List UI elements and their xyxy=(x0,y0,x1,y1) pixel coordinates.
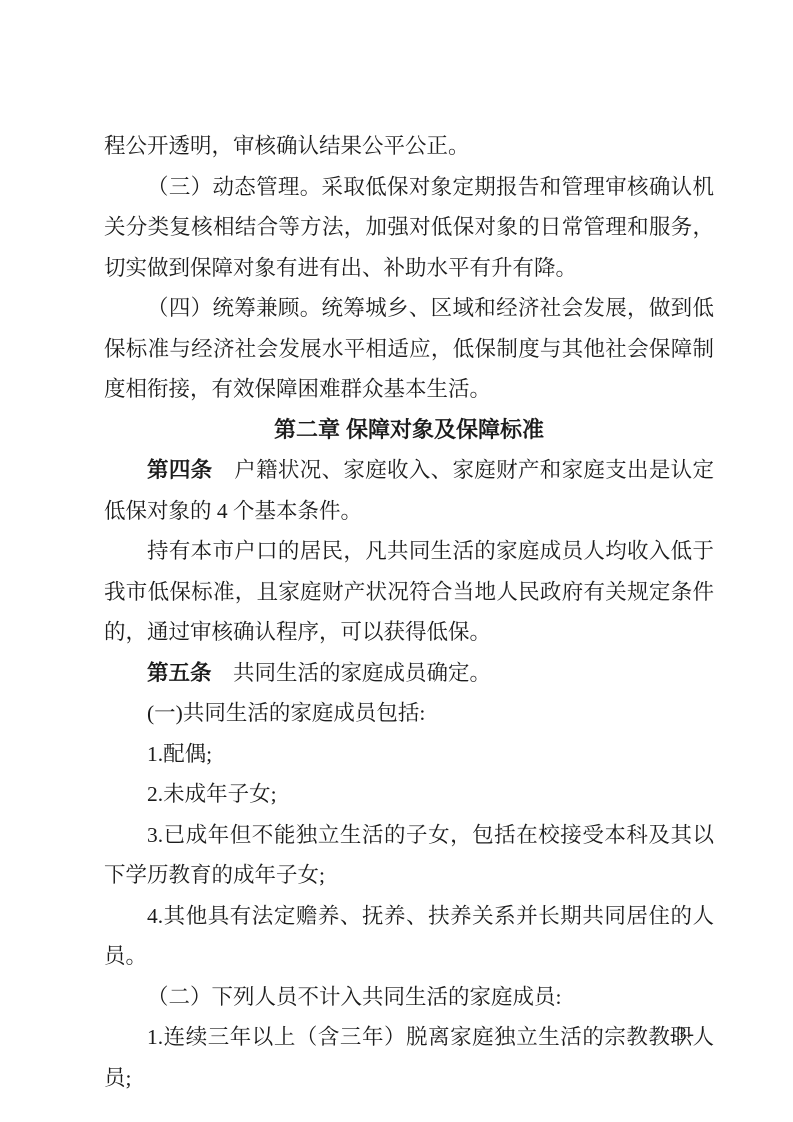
paragraph-item-3-dynamic-management: （三）动态管理。采取低保对象定期报告和管理审核确认机关分类复核相结合等方法，加强… xyxy=(104,167,714,289)
paragraph-text: 共同生活的家庭成员确定。 xyxy=(212,661,492,685)
list-item-religious-clergy: 1.连续三年以上（含三年）脱离家庭独立生活的宗教教职人员; xyxy=(104,1017,714,1098)
paragraph-text: （三）动态管理。采取低保对象定期报告和管理审核确认机关分类复核相结合等方法，加强… xyxy=(104,175,714,280)
paragraph-text: 1.连续三年以上（含三年）脱离家庭独立生活的宗教教职人员; xyxy=(104,1025,714,1090)
page-number: -3- xyxy=(670,1024,695,1046)
list-item-minor-children: 2.未成年子女; xyxy=(104,774,714,815)
list-item-spouse: 1.配偶; xyxy=(104,734,714,775)
paragraph-text: 程公开透明，审核确认结果公平公正。 xyxy=(104,134,470,158)
document-body: 程公开透明，审核确认结果公平公正。 （三）动态管理。采取低保对象定期报告和管理审… xyxy=(104,126,714,1098)
article-4-number: 第四条 xyxy=(147,458,212,482)
paragraph-text: （四）统筹兼顾。统筹城乡、区域和经济社会发展，做到低保标准与经济社会发展水平相适… xyxy=(104,296,714,401)
document-page: 程公开透明，审核确认结果公平公正。 （三）动态管理。采取低保对象定期报告和管理审… xyxy=(0,0,793,1122)
article-5-number: 第五条 xyxy=(147,661,212,685)
paragraph-item-4-overall-planning: （四）统筹兼顾。统筹城乡、区域和经济社会发展，做到低保标准与经济社会发展水平相适… xyxy=(104,288,714,410)
article-5-paragraph: 第五条 共同生活的家庭成员确定。 xyxy=(104,653,714,694)
chapter-2-heading: 第二章 保障对象及保障标准 xyxy=(104,410,714,451)
paragraph-continuation: 程公开透明，审核确认结果公平公正。 xyxy=(104,126,714,167)
paragraph-text: 持有本市户口的居民，凡共同生活的家庭成员人均收入低于我市低保标准，且家庭财产状况… xyxy=(104,539,714,644)
paragraph-text: 2.未成年子女; xyxy=(147,782,277,806)
paragraph-text: （二）下列人员不计入共同生活的家庭成员: xyxy=(147,985,561,1009)
paragraph-text: 4.其他具有法定赡养、抚养、扶养关系并长期共同居住的人员。 xyxy=(104,904,714,969)
paragraph-text: (一)共同生活的家庭成员包括: xyxy=(147,701,425,725)
list-heading-family-members-included: (一)共同生活的家庭成员包括: xyxy=(104,693,714,734)
paragraph-text: 3.已成年但不能独立生活的子女，包括在校接受本科及其以下学历教育的成年子女; xyxy=(104,823,714,888)
list-heading-members-excluded: （二）下列人员不计入共同生活的家庭成员: xyxy=(104,977,714,1018)
article-4-paragraph: 第四条 户籍状况、家庭收入、家庭财产和家庭支出是认定低保对象的 4 个基本条件。 xyxy=(104,450,714,531)
list-item-other-cohabiting-members: 4.其他具有法定赡养、抚养、扶养关系并长期共同居住的人员。 xyxy=(104,896,714,977)
list-item-adult-children-in-school: 3.已成年但不能独立生活的子女，包括在校接受本科及其以下学历教育的成年子女; xyxy=(104,815,714,896)
paragraph-text: 1.配偶; xyxy=(147,742,212,766)
paragraph-residents-eligibility: 持有本市户口的居民，凡共同生活的家庭成员人均收入低于我市低保标准，且家庭财产状况… xyxy=(104,531,714,653)
